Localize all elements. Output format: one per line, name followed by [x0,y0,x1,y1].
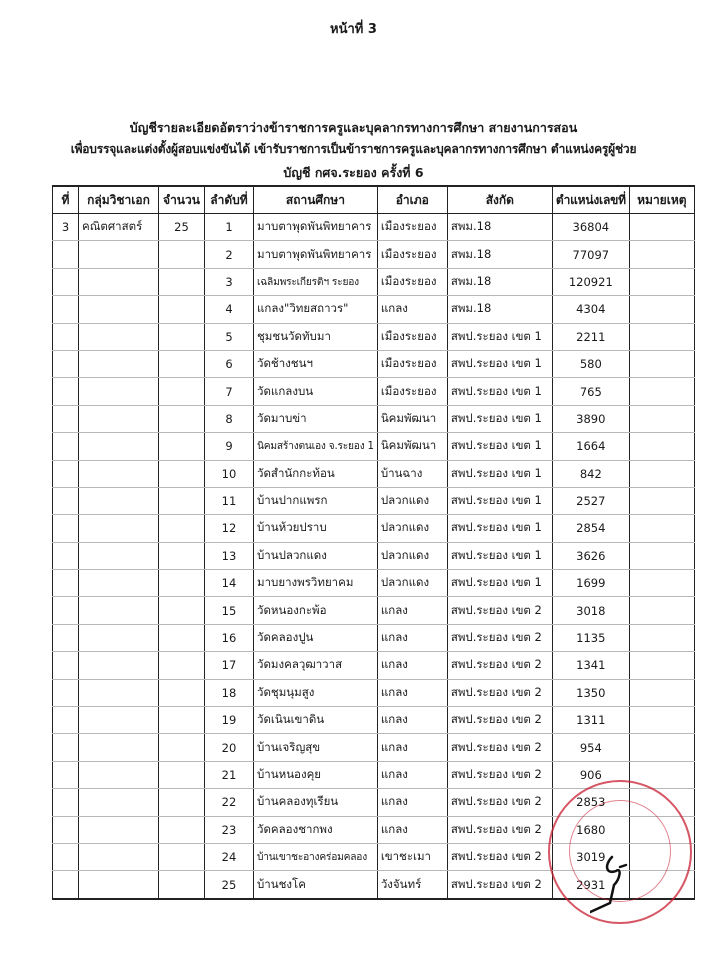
cell-seq: 13 [205,542,254,569]
cell-remark [629,734,694,761]
table-row: 22บ้านคลองทุเรียนแกลงสพป.ระยอง เขต 22853 [53,789,695,816]
cell-position-no: 120921 [552,268,629,295]
cell-affiliation: สพป.ระยอง เขต 1 [447,570,552,597]
cell-remark [629,296,694,323]
cell-no [53,350,79,377]
cell-school: วัดมงคลวุฒาวาส [254,652,378,679]
table-row: 2มาบตาพุดพันพิทยาคารเมืองระยองสพม.187709… [53,241,695,268]
cell-affiliation: สพป.ระยอง เขต 1 [447,323,552,350]
cell-school: มาบตาพุดพันพิทยาคาร [254,241,378,268]
cell-school: บ้านเจริญสุข [254,734,378,761]
table-row: 3เฉลิมพระเกียรติฯ ระยองเมืองระยองสพม.181… [53,268,695,295]
cell-count [159,515,205,542]
cell-school: เฉลิมพระเกียรติฯ ระยอง [254,268,378,295]
cell-seq: 23 [205,816,254,843]
cell-seq: 20 [205,734,254,761]
cell-seq: 12 [205,515,254,542]
cell-district: ปลวกแดง [377,570,447,597]
cell-count [159,679,205,706]
cell-subject-group [79,405,159,432]
cell-affiliation: สพป.ระยอง เขต 1 [447,378,552,405]
cell-no [53,570,79,597]
cell-seq: 3 [205,268,254,295]
cell-district: เมืองระยอง [377,214,447,241]
table-row: 7วัดแกลงบนเมืองระยองสพป.ระยอง เขต 1765 [53,378,695,405]
table-row: 19วัดเนินเขาดินแกลงสพป.ระยอง เขต 21311 [53,707,695,734]
cell-school: บ้านห้วยปราบ [254,515,378,542]
header-position-no: ตำแหน่งเลขที่ [552,186,629,214]
cell-school: วัดสำนักกะท้อน [254,460,378,487]
cell-affiliation: สพป.ระยอง เขต 1 [447,515,552,542]
cell-no [53,843,79,870]
cell-position-no: 906 [552,761,629,788]
cell-subject-group [79,570,159,597]
table-row: 15วัดหนองกะพ้อแกลงสพป.ระยอง เขต 23018 [53,597,695,624]
cell-school: มาบยางพรวิทยาคม [254,570,378,597]
cell-school: ชุมชนวัดทับมา [254,323,378,350]
cell-seq: 22 [205,789,254,816]
cell-no [53,378,79,405]
cell-school: วัดชุมนุมสูง [254,679,378,706]
cell-seq: 6 [205,350,254,377]
cell-district: แกลง [377,707,447,734]
table-row: 3คณิตศาสตร์251มาบตาพุดพันพิทยาคารเมืองระ… [53,214,695,241]
cell-district: เมืองระยอง [377,350,447,377]
cell-subject-group [79,433,159,460]
cell-subject-group [79,542,159,569]
cell-position-no: 2853 [552,789,629,816]
cell-count [159,350,205,377]
cell-seq: 5 [205,323,254,350]
cell-count [159,843,205,870]
cell-position-no: 3890 [552,405,629,432]
cell-count [159,707,205,734]
cell-subject-group [79,734,159,761]
cell-affiliation: สพป.ระยอง เขต 2 [447,761,552,788]
cell-count [159,570,205,597]
cell-seq: 21 [205,761,254,788]
cell-remark [629,323,694,350]
table-row: 14มาบยางพรวิทยาคมปลวกแดงสพป.ระยอง เขต 11… [53,570,695,597]
cell-count [159,597,205,624]
cell-seq: 11 [205,487,254,514]
cell-district: บ้านฉาง [377,460,447,487]
cell-affiliation: สพป.ระยอง เขต 2 [447,652,552,679]
cell-seq: 8 [205,405,254,432]
cell-school: บ้านชงโค [254,871,378,899]
cell-affiliation: สพม.18 [447,241,552,268]
header-no: ที่ [53,186,79,214]
cell-affiliation: สพป.ระยอง เขต 1 [447,542,552,569]
cell-school: วัดคลองปูน [254,624,378,651]
cell-no [53,761,79,788]
cell-no [53,734,79,761]
document-title-line-1: บัญชีรายละเอียดอัตราว่างข้าราชการครูและบ… [0,118,707,138]
cell-seq: 4 [205,296,254,323]
cell-count [159,542,205,569]
cell-count [159,652,205,679]
cell-seq: 24 [205,843,254,870]
cell-seq: 14 [205,570,254,597]
table-row: 23วัดคลองชากพงแกลงสพป.ระยอง เขต 21680 [53,816,695,843]
cell-no [53,707,79,734]
cell-no [53,487,79,514]
cell-remark [629,487,694,514]
cell-count [159,789,205,816]
cell-no [53,652,79,679]
cell-count [159,460,205,487]
cell-seq: 17 [205,652,254,679]
cell-remark [629,350,694,377]
cell-district: แกลง [377,789,447,816]
cell-remark [629,597,694,624]
cell-position-no: 842 [552,460,629,487]
cell-affiliation: สพป.ระยอง เขต 2 [447,624,552,651]
header-school: สถานศึกษา [254,186,378,214]
cell-affiliation: สพม.18 [447,268,552,295]
cell-count: 25 [159,214,205,241]
cell-district: แกลง [377,597,447,624]
cell-school: วัดหนองกะพ้อ [254,597,378,624]
cell-district: แกลง [377,296,447,323]
cell-affiliation: สพป.ระยอง เขต 1 [447,460,552,487]
cell-no [53,241,79,268]
cell-count [159,323,205,350]
cell-position-no: 3626 [552,542,629,569]
header-subject-group: กลุ่มวิชาเอก [79,186,159,214]
cell-school: บ้านปลวกแดง [254,542,378,569]
cell-no [53,871,79,899]
cell-count [159,296,205,323]
cell-no [53,460,79,487]
cell-district: วังจันทร์ [377,871,447,899]
cell-remark [629,679,694,706]
cell-affiliation: สพป.ระยอง เขต 2 [447,816,552,843]
cell-subject-group [79,296,159,323]
cell-subject-group [79,789,159,816]
cell-no [53,405,79,432]
cell-position-no: 580 [552,350,629,377]
table-row: 12บ้านห้วยปราบปลวกแดงสพป.ระยอง เขต 12854 [53,515,695,542]
cell-school: แกลง"วิทยสถาวร" [254,296,378,323]
cell-remark [629,570,694,597]
cell-count [159,487,205,514]
cell-remark [629,542,694,569]
cell-position-no: 2931 [552,871,629,899]
cell-count [159,624,205,651]
cell-count [159,761,205,788]
cell-count [159,734,205,761]
cell-subject-group [79,268,159,295]
cell-position-no: 3019 [552,843,629,870]
cell-school: วัดคลองชากพง [254,816,378,843]
cell-district: แกลง [377,734,447,761]
cell-school: วัดมาบข่า [254,405,378,432]
cell-no [53,433,79,460]
cell-no [53,679,79,706]
table-row: 20บ้านเจริญสุขแกลงสพป.ระยอง เขต 2954 [53,734,695,761]
cell-count [159,268,205,295]
table-row: 17วัดมงคลวุฒาวาสแกลงสพป.ระยอง เขต 21341 [53,652,695,679]
cell-affiliation: สพป.ระยอง เขต 2 [447,734,552,761]
cell-affiliation: สพป.ระยอง เขต 2 [447,597,552,624]
cell-subject-group [79,460,159,487]
cell-district: ปลวกแดง [377,487,447,514]
cell-no [53,268,79,295]
cell-subject-group [79,707,159,734]
cell-district: ปลวกแดง [377,515,447,542]
table-row: 4แกลง"วิทยสถาวร"แกลงสพม.184304 [53,296,695,323]
cell-school: มาบตาพุดพันพิทยาคาร [254,214,378,241]
cell-district: แกลง [377,652,447,679]
cell-school: บ้านเขาชะอางคร่อมคลอง [254,843,378,870]
cell-no [53,296,79,323]
cell-district: แกลง [377,679,447,706]
cell-seq: 1 [205,214,254,241]
cell-affiliation: สพป.ระยอง เขต 1 [447,487,552,514]
cell-district: เมืองระยอง [377,268,447,295]
cell-affiliation: สพป.ระยอง เขต 2 [447,843,552,870]
cell-no [53,542,79,569]
table-header-row: ที่กลุ่มวิชาเอกจำนวนลำดับที่สถานศึกษาอำเ… [53,186,695,214]
cell-affiliation: สพป.ระยอง เขต 1 [447,405,552,432]
cell-remark [629,789,694,816]
cell-affiliation: สพม.18 [447,214,552,241]
cell-remark [629,871,694,899]
cell-subject-group [79,323,159,350]
cell-count [159,378,205,405]
cell-district: แกลง [377,624,447,651]
cell-district: แกลง [377,761,447,788]
table-row: 13บ้านปลวกแดงปลวกแดงสพป.ระยอง เขต 13626 [53,542,695,569]
header-district: อำเภอ [377,186,447,214]
cell-position-no: 2854 [552,515,629,542]
cell-subject-group [79,350,159,377]
cell-remark [629,652,694,679]
cell-count [159,405,205,432]
cell-count [159,871,205,899]
cell-seq: 16 [205,624,254,651]
cell-subject-group [79,597,159,624]
cell-subject-group [79,679,159,706]
cell-count [159,433,205,460]
cell-subject-group [79,652,159,679]
cell-affiliation: สพป.ระยอง เขต 2 [447,871,552,899]
table-row: 16วัดคลองปูนแกลงสพป.ระยอง เขต 21135 [53,624,695,651]
document-title-line-2: เพื่อบรรจุและแต่งตั้งผู้สอบแข่งขันได้ เข… [0,140,707,159]
cell-district: เมืองระยอง [377,378,447,405]
cell-position-no: 1341 [552,652,629,679]
cell-remark [629,761,694,788]
cell-remark [629,843,694,870]
cell-remark [629,378,694,405]
cell-remark [629,460,694,487]
cell-position-no: 2211 [552,323,629,350]
cell-school: บ้านหนองคุย [254,761,378,788]
cell-seq: 15 [205,597,254,624]
cell-position-no: 1664 [552,433,629,460]
cell-affiliation: สพม.18 [447,296,552,323]
cell-position-no: 36804 [552,214,629,241]
cell-position-no: 3018 [552,597,629,624]
table-row: 9นิคมสร้างตนเอง จ.ระยอง 1นิคมพัฒนาสพป.ระ… [53,433,695,460]
cell-school: วัดแกลงบน [254,378,378,405]
cell-subject-group [79,487,159,514]
cell-district: เมืองระยอง [377,241,447,268]
cell-no [53,624,79,651]
cell-position-no: 1311 [552,707,629,734]
cell-district: เขาชะเมา [377,843,447,870]
cell-subject-group [79,624,159,651]
cell-remark [629,515,694,542]
cell-remark [629,405,694,432]
table-row: 21บ้านหนองคุยแกลงสพป.ระยอง เขต 2906 [53,761,695,788]
cell-district: แกลง [377,816,447,843]
cell-remark [629,816,694,843]
table-row: 10วัดสำนักกะท้อนบ้านฉางสพป.ระยอง เขต 184… [53,460,695,487]
document-title-line-3: บัญชี กศจ.ระยอง ครั้งที่ 6 [0,163,707,183]
cell-school: วัดเนินเขาดิน [254,707,378,734]
cell-seq: 25 [205,871,254,899]
table-row: 11บ้านปากแพรกปลวกแดงสพป.ระยอง เขต 12527 [53,487,695,514]
cell-no [53,323,79,350]
cell-affiliation: สพป.ระยอง เขต 2 [447,679,552,706]
cell-remark [629,214,694,241]
cell-district: ปลวกแดง [377,542,447,569]
cell-no [53,597,79,624]
header-affiliation: สังกัด [447,186,552,214]
header-seq: ลำดับที่ [205,186,254,214]
cell-district: เมืองระยอง [377,323,447,350]
cell-remark [629,624,694,651]
table-row: 24บ้านเขาชะอางคร่อมคลองเขาชะเมาสพป.ระยอง… [53,843,695,870]
header-count: จำนวน [159,186,205,214]
cell-position-no: 1350 [552,679,629,706]
cell-seq: 10 [205,460,254,487]
table-row: 5ชุมชนวัดทับมาเมืองระยองสพป.ระยอง เขต 12… [53,323,695,350]
cell-no [53,515,79,542]
cell-affiliation: สพป.ระยอง เขต 1 [447,433,552,460]
cell-position-no: 954 [552,734,629,761]
cell-position-no: 765 [552,378,629,405]
cell-no: 3 [53,214,79,241]
cell-school: บ้านปากแพรก [254,487,378,514]
cell-position-no: 4304 [552,296,629,323]
cell-remark [629,433,694,460]
cell-count [159,816,205,843]
table-row: 8วัดมาบข่านิคมพัฒนาสพป.ระยอง เขต 13890 [53,405,695,432]
page-number: หน้าที่ 3 [0,18,707,39]
cell-subject-group [79,871,159,899]
cell-subject-group [79,241,159,268]
cell-no [53,816,79,843]
cell-seq: 7 [205,378,254,405]
cell-affiliation: สพป.ระยอง เขต 1 [447,350,552,377]
cell-district: นิคมพัฒนา [377,433,447,460]
cell-remark [629,707,694,734]
cell-subject-group [79,378,159,405]
cell-subject-group [79,515,159,542]
cell-remark [629,241,694,268]
cell-school: บ้านคลองทุเรียน [254,789,378,816]
cell-district: นิคมพัฒนา [377,405,447,432]
cell-position-no: 2527 [552,487,629,514]
cell-school: นิคมสร้างตนเอง จ.ระยอง 1 [254,433,378,460]
cell-seq: 9 [205,433,254,460]
cell-subject-group [79,816,159,843]
table-row: 6วัดช้างชนฯเมืองระยองสพป.ระยอง เขต 1580 [53,350,695,377]
cell-no [53,789,79,816]
cell-position-no: 77097 [552,241,629,268]
cell-position-no: 1680 [552,816,629,843]
vacancy-table: ที่กลุ่มวิชาเอกจำนวนลำดับที่สถานศึกษาอำเ… [52,185,695,900]
table-row: 25บ้านชงโควังจันทร์สพป.ระยอง เขต 22931 [53,871,695,899]
cell-seq: 19 [205,707,254,734]
cell-remark [629,268,694,295]
cell-affiliation: สพป.ระยอง เขต 2 [447,789,552,816]
cell-count [159,241,205,268]
cell-subject-group [79,761,159,788]
cell-position-no: 1699 [552,570,629,597]
cell-seq: 2 [205,241,254,268]
table-row: 18วัดชุมนุมสูงแกลงสพป.ระยอง เขต 21350 [53,679,695,706]
cell-affiliation: สพป.ระยอง เขต 2 [447,707,552,734]
header-remark: หมายเหตุ [629,186,694,214]
cell-school: วัดช้างชนฯ [254,350,378,377]
cell-subject-group [79,843,159,870]
cell-position-no: 1135 [552,624,629,651]
cell-seq: 18 [205,679,254,706]
cell-subject-group: คณิตศาสตร์ [79,214,159,241]
